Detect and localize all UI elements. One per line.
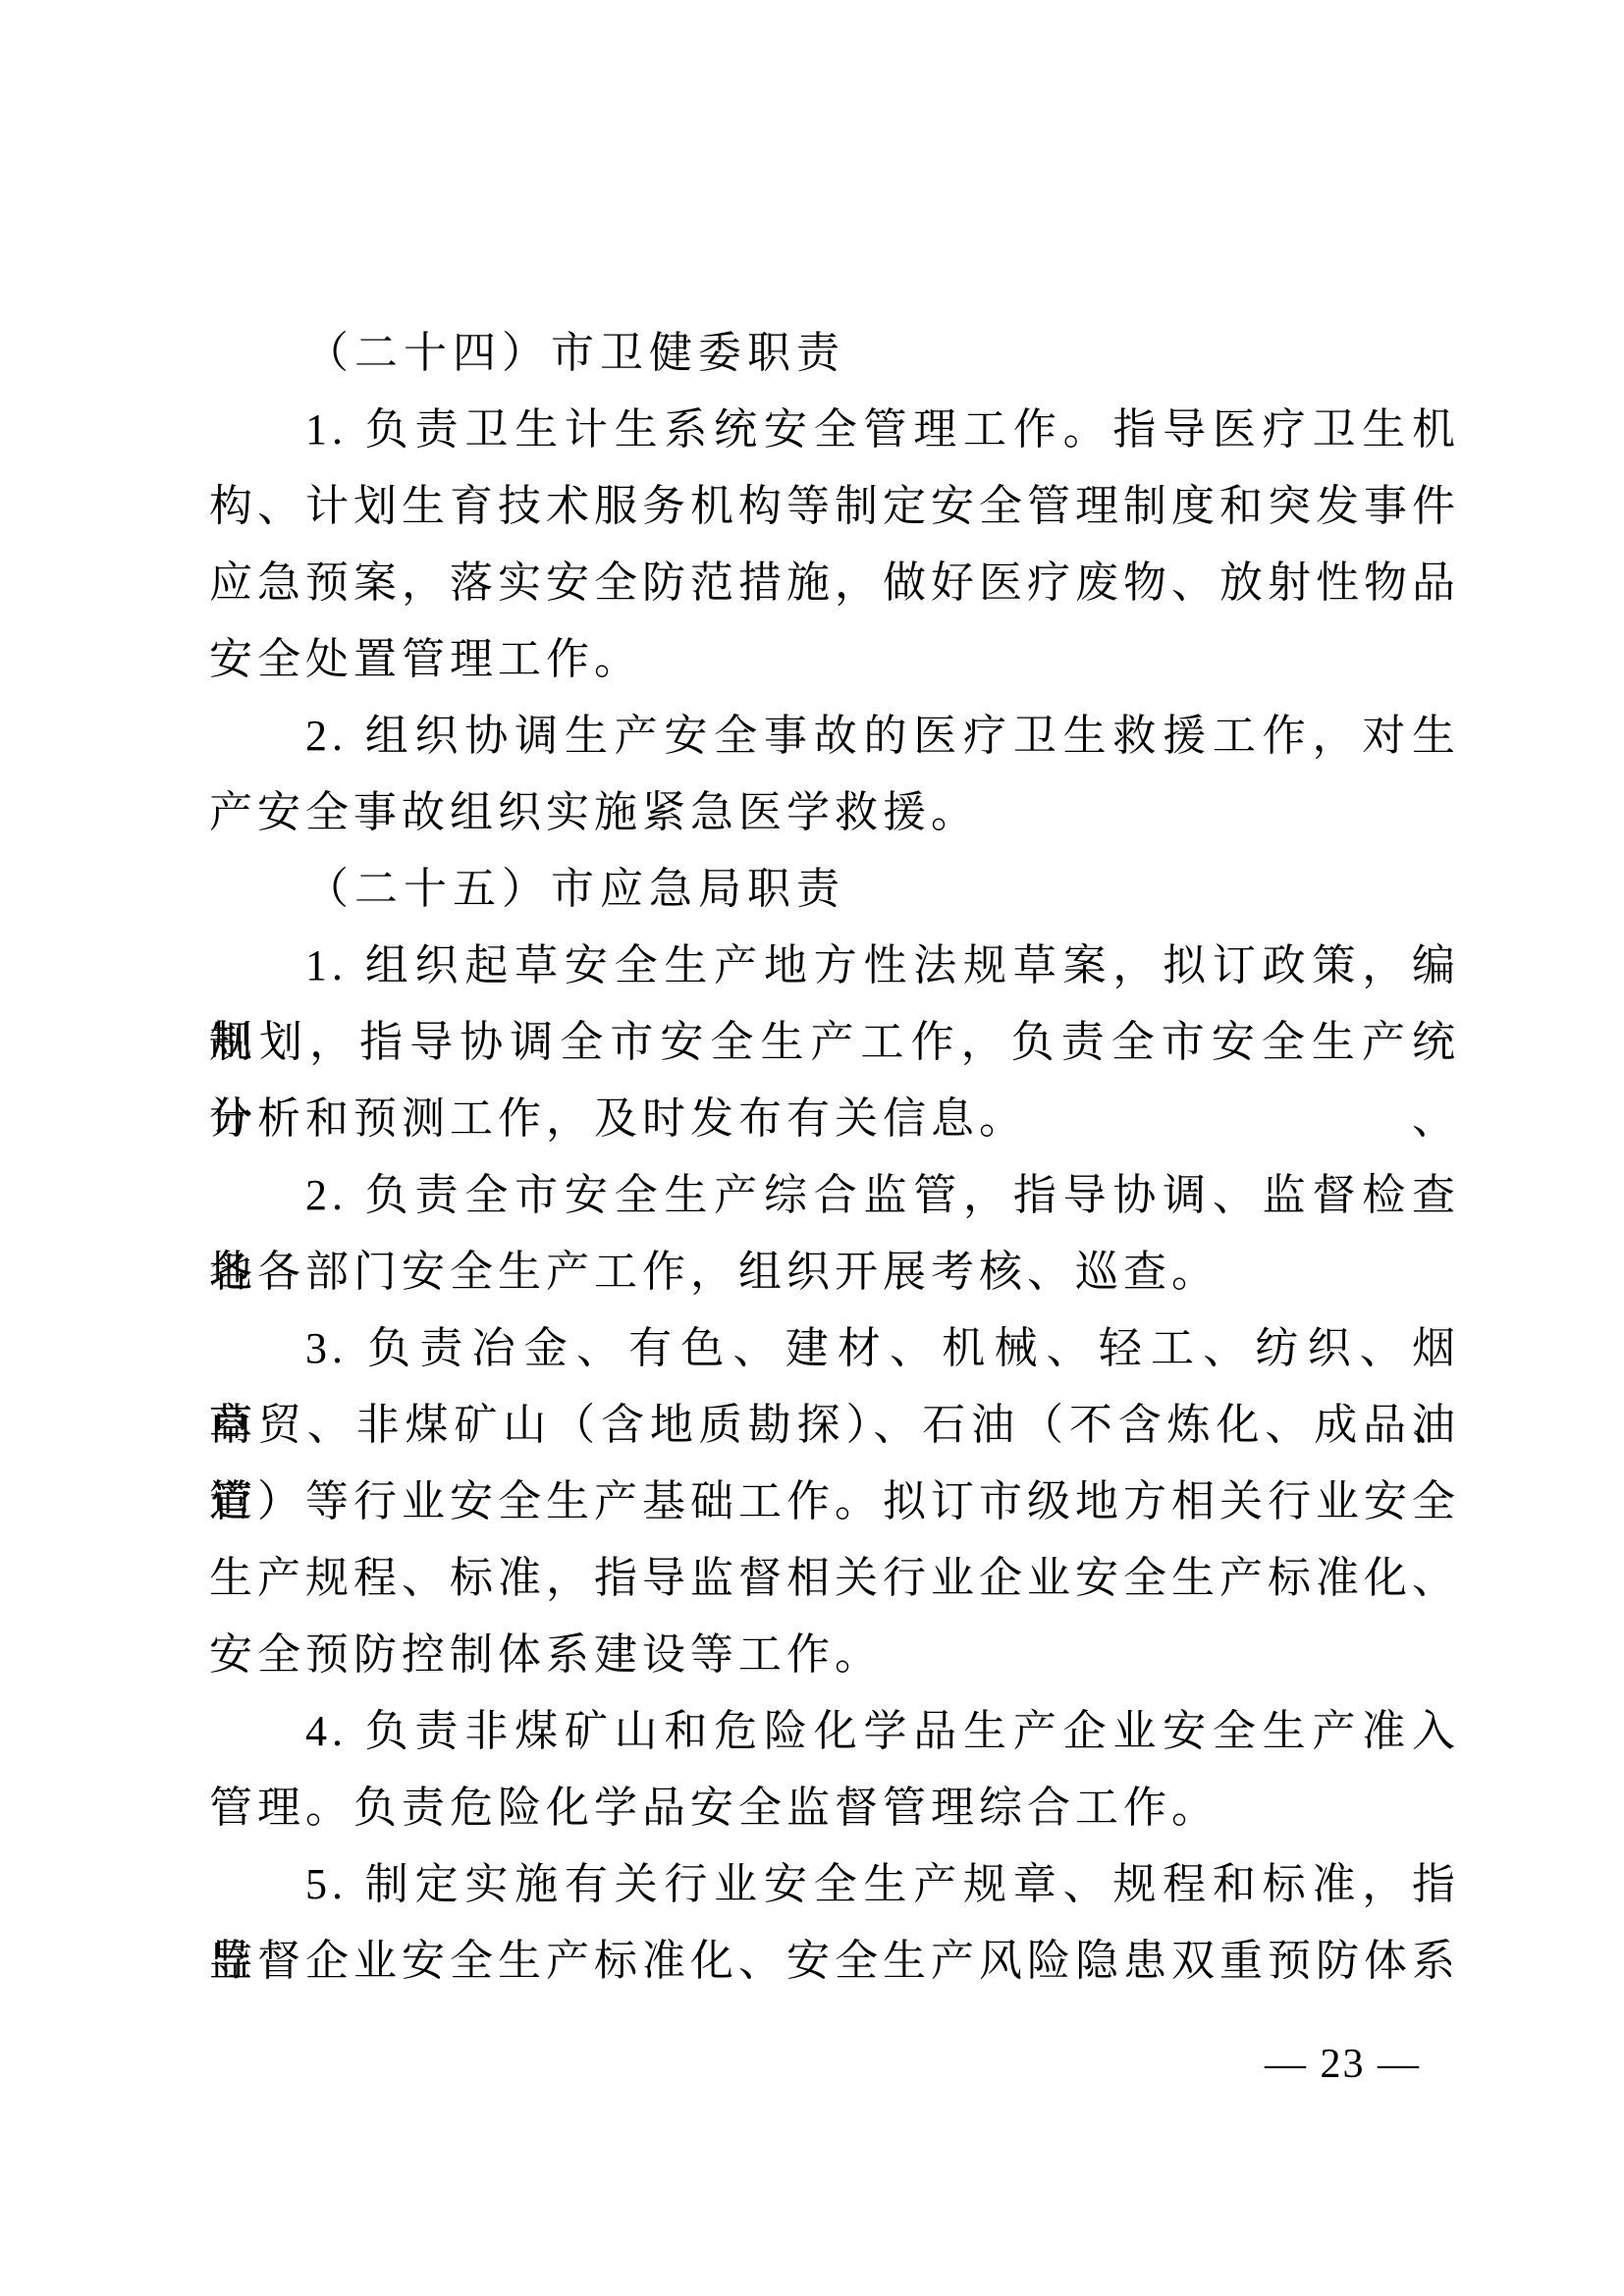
text-line: 2. 负责全市安全生产综合监管，指导协调、监督检查各 — [209, 1157, 1460, 1234]
paragraph: 2. 组织协调生产安全事故的医疗卫生救援工作，对生 产安全事故组织实施紧急医学救… — [209, 698, 1460, 851]
paragraph: 2. 负责全市安全生产综合监管，指导协调、监督检查各 地各部门安全生产工作，组织… — [209, 1157, 1460, 1310]
text-line: 生产规程、标准，指导监督相关行业企业安全生产标准化、 — [209, 1540, 1460, 1617]
text-line: 4. 负责非煤矿山和危险化学品生产企业安全生产准入 — [209, 1693, 1460, 1770]
text-line: 地各部门安全生产工作，组织开展考核、巡查。 — [209, 1234, 1460, 1310]
text-line: 规划，指导协调全市安全生产工作，负责全市安全生产统计、 — [209, 1004, 1460, 1081]
text-line: 安全预防控制体系建设等工作。 — [209, 1617, 1460, 1693]
text-line: 安全处置管理工作。 — [209, 621, 1460, 698]
document-page: （二十四）市卫健委职责 1. 负责卫生计生系统安全管理工作。指导医疗卫生机 构、… — [0, 0, 1624, 2296]
paragraph: 1. 组织起草安全生产地方性法规草案，拟订政策，编制 规划，指导协调全市安全生产… — [209, 928, 1460, 1157]
section-25: （二十五）市应急局职责 1. 组织起草安全生产地方性法规草案，拟订政策，编制 规… — [209, 851, 1460, 2000]
text-line: 道）等行业安全生产基础工作。拟订市级地方相关行业安全 — [209, 1464, 1460, 1540]
paragraph: 1. 负责卫生计生系统安全管理工作。指导医疗卫生机 构、计划生育技术服务机构等制… — [209, 392, 1460, 698]
text-line: 商贸、非煤矿山（含地质勘探）、石油（不含炼化、成品油管 — [209, 1387, 1460, 1464]
text-line: 2. 组织协调生产安全事故的医疗卫生救援工作，对生 — [209, 698, 1460, 774]
paragraph: 3. 负责冶金、有色、建材、机械、轻工、纺织、烟草、 商贸、非煤矿山（含地质勘探… — [209, 1310, 1460, 1693]
text-line: 监督企业安全生产标准化、安全生产风险隐患双重预防体系 — [209, 1923, 1460, 2000]
text-line: 管理。负责危险化学品安全监督管理综合工作。 — [209, 1770, 1460, 1846]
text-line: 3. 负责冶金、有色、建材、机械、轻工、纺织、烟草、 — [209, 1310, 1460, 1387]
section-heading-24: （二十四）市卫健委职责 — [209, 315, 1460, 392]
paragraph: 5. 制定实施有关行业安全生产规章、规程和标准，指导 监督企业安全生产标准化、安… — [209, 1846, 1460, 2000]
section-heading-25: （二十五）市应急局职责 — [209, 851, 1460, 928]
text-line: 产安全事故组织实施紧急医学救援。 — [209, 774, 1460, 851]
text-line: 1. 组织起草安全生产地方性法规草案，拟订政策，编制 — [209, 928, 1460, 1004]
text-line: 构、计划生育技术服务机构等制定安全管理制度和突发事件 — [209, 468, 1460, 545]
paragraph: 4. 负责非煤矿山和危险化学品生产企业安全生产准入 管理。负责危险化学品安全监督… — [209, 1693, 1460, 1846]
text-line: 应急预案，落实安全防范措施，做好医疗废物、放射性物品 — [209, 545, 1460, 621]
section-24: （二十四）市卫健委职责 1. 负责卫生计生系统安全管理工作。指导医疗卫生机 构、… — [209, 315, 1460, 851]
page-number: — 23 — — [1265, 2026, 1421, 2103]
text-line: 5. 制定实施有关行业安全生产规章、规程和标准，指导 — [209, 1846, 1460, 1923]
text-line: 1. 负责卫生计生系统安全管理工作。指导医疗卫生机 — [209, 392, 1460, 468]
document-body: （二十四）市卫健委职责 1. 负责卫生计生系统安全管理工作。指导医疗卫生机 构、… — [209, 315, 1460, 2000]
